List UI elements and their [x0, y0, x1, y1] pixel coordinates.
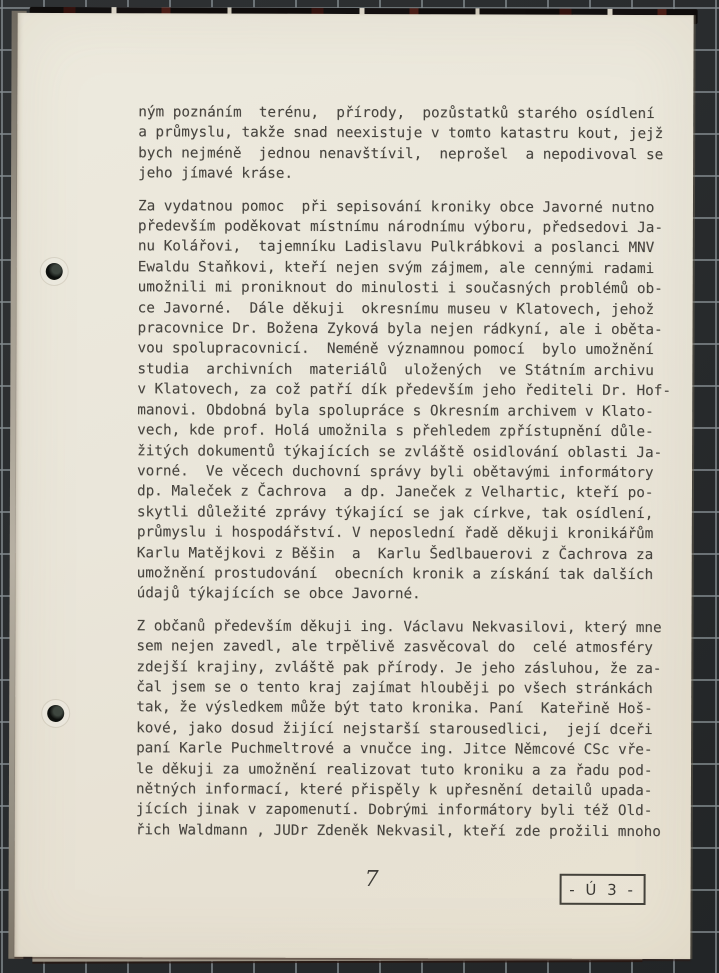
- archive-stamp-box: - Ú 3 -: [560, 874, 646, 905]
- book-sheet-wrapper: ným poznáním terénu, přírody, pozůstatků…: [4, 3, 709, 969]
- scanned-document-photo: { "document": { "kind": "typewritten chr…: [0, 0, 719, 973]
- punch-hole-bottom: [47, 705, 64, 722]
- paragraph-1: ným poznáním terénu, přírody, pozůstatků…: [138, 102, 683, 186]
- typewritten-text-block: ným poznáním terénu, přírody, pozůstatků…: [136, 102, 684, 854]
- punch-hole-top: [46, 263, 63, 280]
- scanner-bed-background: ným poznáním terénu, přírody, pozůstatků…: [0, 0, 719, 973]
- paragraph-2: Za vydatnou pomoc při sepisování kroniky…: [137, 196, 683, 606]
- archive-stamp-text: - Ú 3 -: [569, 880, 636, 898]
- page-number: 7: [365, 867, 379, 892]
- paragraph-3: Z občanů především děkuji ing. Václavu N…: [136, 616, 682, 842]
- document-page: ným poznáním terénu, přírody, pozůstatků…: [14, 13, 693, 959]
